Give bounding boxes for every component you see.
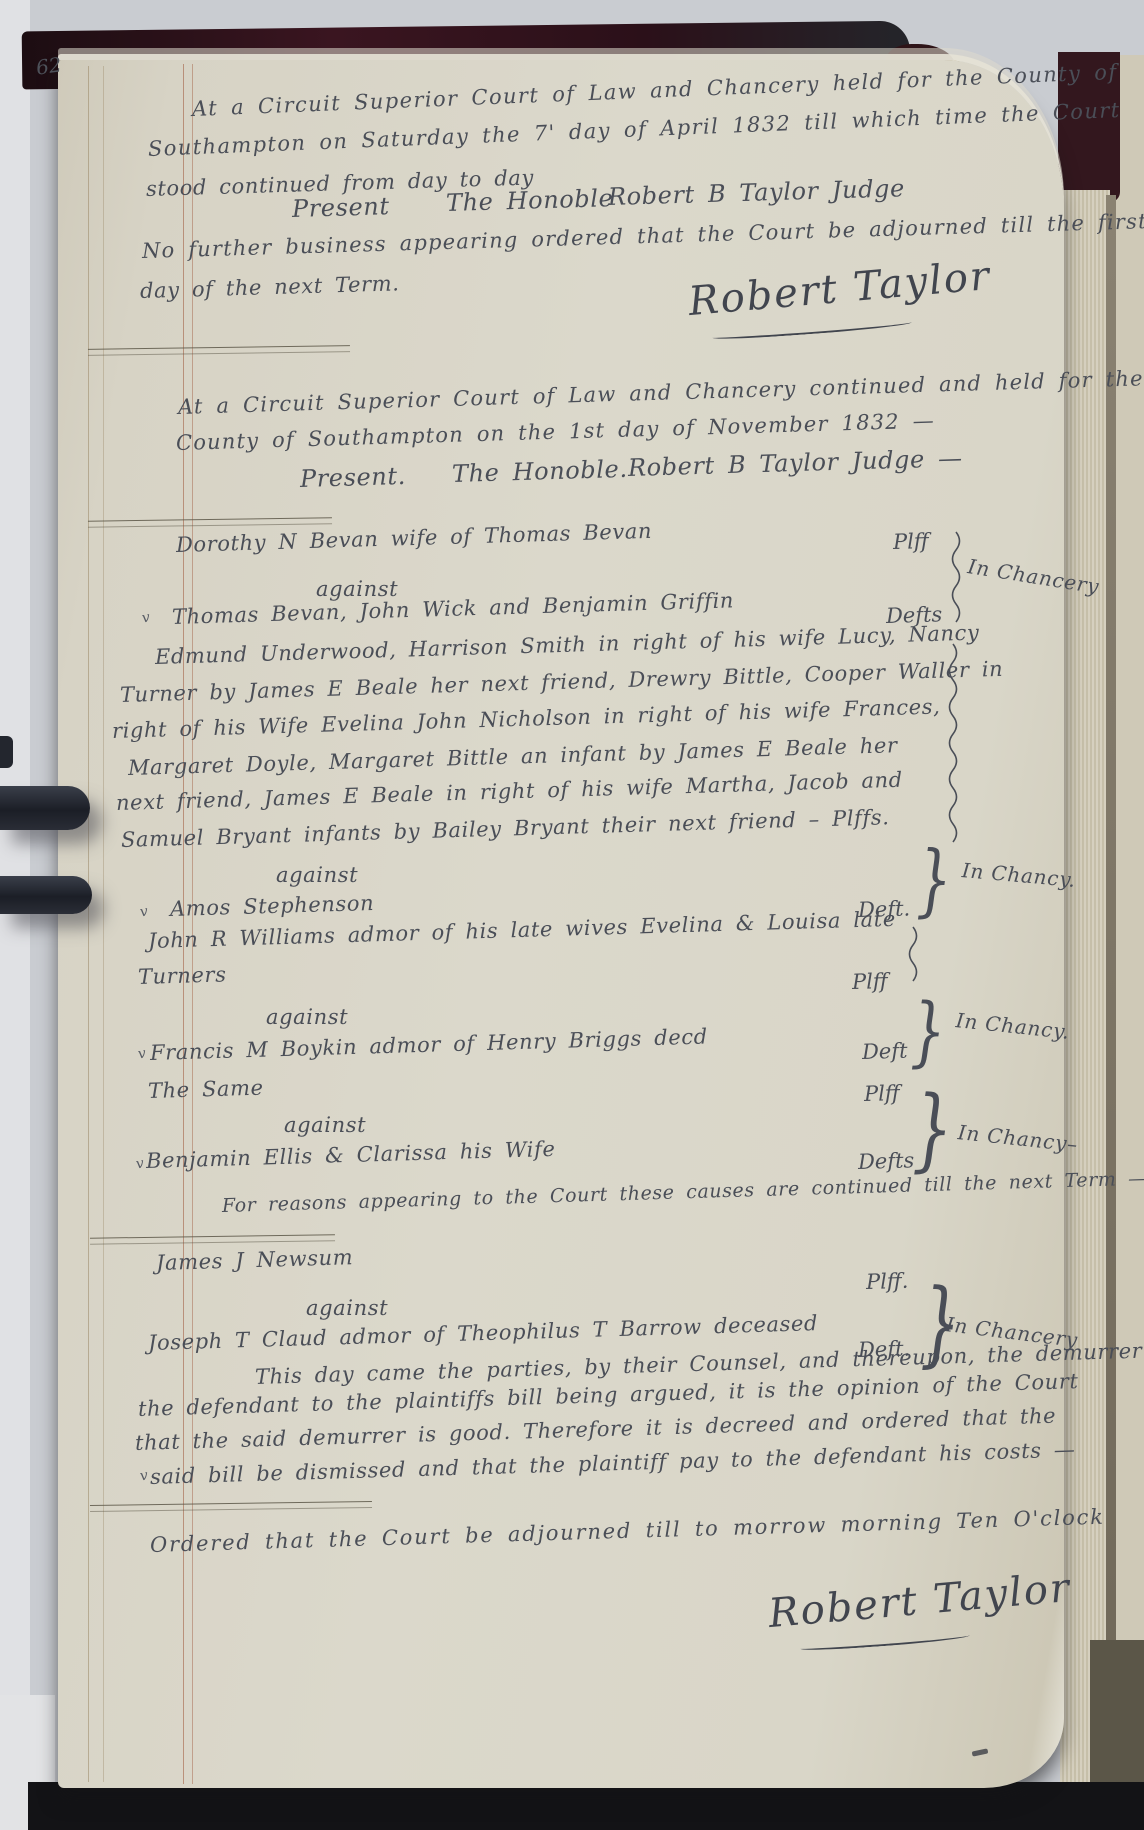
- binder-clip-top: [0, 786, 90, 830]
- wavy-brace-icon: [949, 530, 963, 628]
- page-edge-lines: [88, 66, 104, 1782]
- defendant-label: Deft: [862, 1039, 908, 1064]
- plaintiff-label: Plff: [893, 529, 929, 554]
- honorable-label: The Honoble.: [452, 456, 628, 488]
- plaintiff-name: Turners: [138, 963, 227, 989]
- curly-brace-icon: }: [910, 995, 946, 1071]
- binder-clip-bottom: [0, 876, 92, 914]
- present-label: Present: [292, 193, 390, 222]
- plaintiff-label: Plff: [864, 1081, 900, 1106]
- wavy-brace-icon: [906, 925, 920, 983]
- page-stack-fore-edge: [1060, 190, 1110, 1790]
- versus-label: against: [266, 1006, 348, 1029]
- honorable-label: The Honoble: [446, 185, 614, 216]
- book-bottom-edge: [28, 1782, 1144, 1830]
- backdrop-left: [0, 0, 30, 1830]
- margin-rule: [183, 64, 193, 1784]
- plaintiff-label: Plff.: [866, 1269, 909, 1294]
- photo-frame: 62 At a Circuit Superior Court of Law an…: [0, 0, 1144, 1830]
- binder-post-stub: [0, 736, 13, 768]
- versus-label: against: [284, 1114, 366, 1137]
- plaintiff-name: The Same: [148, 1077, 264, 1104]
- page-stack-far-right: [1112, 55, 1144, 1830]
- versus-label: against: [276, 864, 358, 887]
- book-crevice: [1106, 195, 1116, 1795]
- wavy-brace-icon: [946, 642, 960, 844]
- curly-brace-icon: }: [916, 842, 952, 920]
- curly-brace-icon: }: [912, 1086, 953, 1176]
- versus-label: against: [306, 1297, 388, 1320]
- plaintiff-label: Plff: [852, 969, 888, 994]
- shadow-right: [1090, 1640, 1144, 1790]
- page-number: 62: [34, 52, 63, 79]
- defendant-label: Defts: [858, 1148, 915, 1174]
- present-label: Present.: [300, 463, 407, 493]
